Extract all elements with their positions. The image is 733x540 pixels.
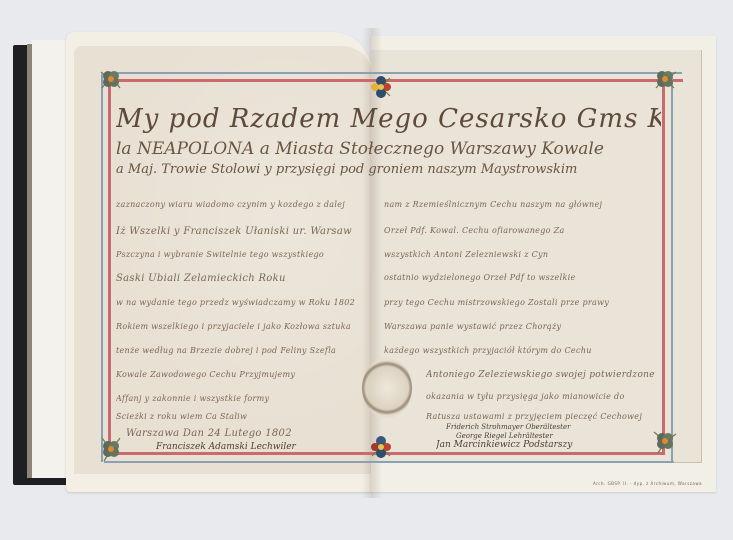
body-line: Orzeł Pdf. Kowal. Cechu ofiarowanego Za	[384, 226, 659, 235]
border-red-top	[108, 79, 683, 82]
open-book: My pod Rzadem Mego Cesarsko Gms Kró- la …	[66, 28, 716, 498]
body-line: Ścieżki z roku wiem Ca Staliw	[116, 412, 336, 421]
border-blue-left	[101, 74, 103, 462]
body-line: ostatnio wydzielonego Orzeł Pdf to wszel…	[384, 273, 659, 282]
signature-right-1: Friderich Strohmayer Oberältester	[446, 423, 646, 431]
border-red-left	[108, 79, 111, 454]
caption: Arch. GBSP. II. · dyp. z Archiwum, Warsz…	[593, 481, 702, 486]
body-line: tenże według na Brzezie dobrej i pod Fel…	[116, 346, 361, 355]
body-line: Warszawa panie wystawić przez Chorąży	[384, 322, 659, 331]
flower-icon-top-left	[98, 66, 124, 92]
flower-icon-top-center	[368, 74, 394, 100]
date-line: Warszawa Dan 24 Lutego 1802	[126, 428, 346, 439]
flower-icon-bottom-right	[652, 428, 678, 454]
heading-line-2: la NEAPOLONA a Miasta Stołecznego Warsza…	[116, 139, 661, 159]
body-line: przy tego Cechu mistrzowskiego Zostali p…	[384, 298, 659, 307]
body-line: Rokiem wszelkiego i przyjaciele i jako K…	[116, 322, 361, 331]
body-line: wszystkich Antoni Żelezniewski z Cyn	[384, 250, 659, 259]
border-blue-top	[110, 72, 682, 74]
body-line: Antoniego Żeleziewskiego swojej potwierd…	[426, 370, 661, 380]
body-line: Affanj y zakonnie i wszystkie formy	[116, 394, 336, 403]
border-red-right	[662, 79, 665, 454]
body-line: każdego wszystkich przyjaciół którym do …	[384, 346, 659, 355]
body-line: Pszczyna i wybranie Świtelnie tego wszys…	[116, 250, 361, 259]
body-line: Kowale Zawodowego Cechu Przyjmujemy	[116, 370, 316, 379]
body-line: nam z Rzemieślnicznym Cechu naszym na gł…	[384, 200, 659, 209]
body-line: okazania w tyłu przysięga jako mianowici…	[426, 392, 661, 401]
flower-icon-bottom-left	[98, 436, 124, 462]
heading-line-3: a Maj. Trowie Stolowi y przysięgi pod gr…	[116, 162, 661, 177]
heading-line-1: My pod Rzadem Mego Cesarsko Gms Kró-	[116, 104, 661, 134]
body-line: Saski Ubiali Żelamieckich Roku	[116, 273, 361, 284]
signature-right-2: George Riegel Lehrältester	[456, 432, 646, 440]
flower-icon-bottom-center	[368, 434, 394, 460]
left-page	[66, 32, 372, 492]
flower-icon-top-right	[652, 66, 678, 92]
border-blue-bottom	[104, 461, 674, 463]
border-blue-right	[671, 74, 673, 462]
signature-right-3: Jan Marcinkiewicz Podstarszy	[436, 440, 646, 450]
signature-left: Franciszek Adamski Lechwiler	[156, 442, 356, 452]
body-line: w na wydanie tego przedz wyświadczamy w …	[116, 298, 361, 307]
body-line: zaznaczony wiaru wiadomo czynim y kozdeg…	[116, 200, 361, 209]
wax-seal	[362, 358, 412, 418]
body-line: Ratusza ustawami z przyjęciem pieczęć Ce…	[426, 412, 661, 421]
body-line: Iż Wszelki y Franciszek Ułaniski ur. War…	[116, 226, 361, 237]
